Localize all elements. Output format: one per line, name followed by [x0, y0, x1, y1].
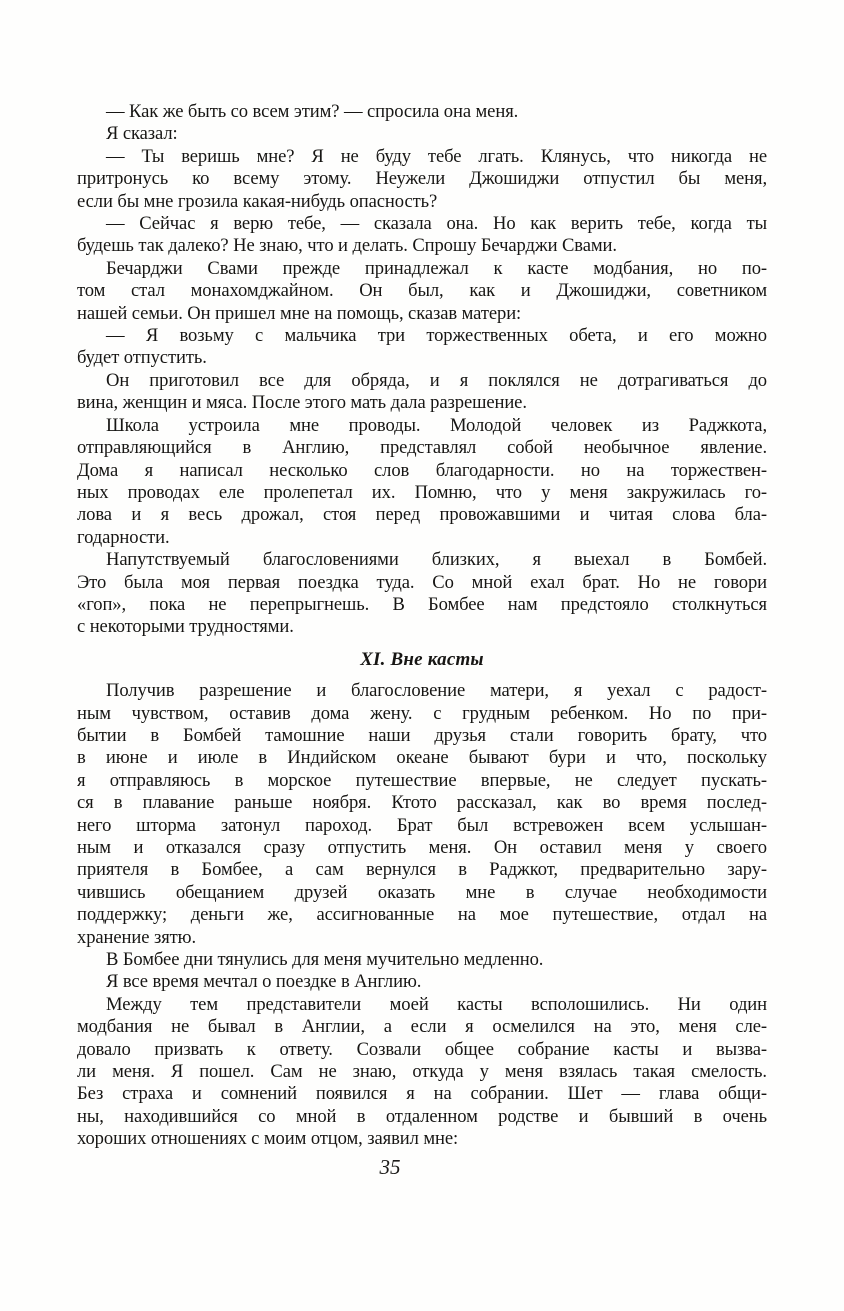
text-line: том стал монахомджайном. Он был, как и Д… [77, 280, 767, 302]
chapter-heading: XI. Вне касты [77, 649, 767, 671]
text-line: Я сказал: [77, 123, 767, 145]
text-line: притронусь ко всему этому. Неужели Джоши… [77, 168, 767, 190]
text-line: будет отпустить. [77, 347, 767, 369]
paragraph: Он приготовил все для обряда, и я поклял… [77, 370, 767, 415]
text-line: приятеля в Бомбее, а сам вернулся в Радж… [77, 859, 767, 881]
paragraph: Получив разрешение и благословение матер… [77, 680, 767, 949]
text-line: довало призвать к ответу. Созвали общее … [77, 1039, 767, 1061]
text-line: «гоп», пока не перепрыгнешь. В Бомбее на… [77, 594, 767, 616]
paragraph: — Как же быть со всем этим? — спросила о… [77, 101, 767, 123]
paragraph: — Сейчас я верю тебе, — сказала она. Но … [77, 213, 767, 258]
text-line: бытии в Бомбей тамошние наши друзья стал… [77, 725, 767, 747]
text-line: Бечарджи Свами прежде принадлежал к каст… [77, 258, 767, 280]
text-line: него шторма затонул пароход. Брат был вс… [77, 815, 767, 837]
text-line: ли меня. Я пошел. Сам не знаю, откуда у … [77, 1061, 767, 1083]
text-line: лова и я весь дрожал, стоя перед провожа… [77, 504, 767, 526]
text-line: поддержку; деньги же, ассигнованные на м… [77, 904, 767, 926]
book-page: — Как же быть со всем этим? — спросила о… [0, 0, 844, 1311]
text-line: отправляющийся в Англию, представлял соб… [77, 437, 767, 459]
text-line: ны, находившийся со мной в отдаленном ро… [77, 1106, 767, 1128]
paragraph: Напутствуемый благословениями близких, я… [77, 549, 767, 639]
text-line: Получив разрешение и благословение матер… [77, 680, 767, 702]
text-line: в июне и июле в Индийском океане бывают … [77, 747, 767, 769]
text-line: вина, женщин и мяса. После этого мать да… [77, 392, 767, 414]
text-line: годарности. [77, 527, 767, 549]
text-line: хороших отношениях с моим отцом, заявил … [77, 1128, 767, 1150]
text-line: Школа устроила мне проводы. Молодой чело… [77, 415, 767, 437]
text-line: нашей семьи. Он пришел мне на помощь, ск… [77, 303, 767, 325]
text-line: Между тем представители моей касты вспол… [77, 994, 767, 1016]
text-line: чившись обещанием друзей оказать мне в с… [77, 882, 767, 904]
text-line: Напутствуемый благословениями близких, я… [77, 549, 767, 571]
text-line: Я все время мечтал о поездке в Англию. [77, 971, 767, 993]
text-line: — Ты веришь мне? Я не буду тебе лгать. К… [77, 146, 767, 168]
text-line: ся в плавание раньше ноября. Ктото расск… [77, 792, 767, 814]
paragraph: Я все время мечтал о поездке в Англию. [77, 971, 767, 993]
text-line: Без страха и сомнений появился я на собр… [77, 1083, 767, 1105]
text-line: с некоторыми трудностями. [77, 616, 767, 638]
text-line: будешь так далеко? Не знаю, что и делать… [77, 235, 767, 257]
paragraph: Я сказал: [77, 123, 767, 145]
text-line: — Я возьму с мальчика три торжественных … [77, 325, 767, 347]
text-line: — Сейчас я верю тебе, — сказала она. Но … [77, 213, 767, 235]
page-number: 35 [0, 1155, 780, 1180]
text-line: модбания не бывал в Англии, а если я осм… [77, 1016, 767, 1038]
text-line: ным и отказался сразу отпустить меня. Он… [77, 837, 767, 859]
paragraph: Между тем представители моей касты вспол… [77, 994, 767, 1151]
text-line: если бы мне грозила какая-нибудь опаснос… [77, 191, 767, 213]
text-line: Дома я написал несколько слов благодарно… [77, 460, 767, 482]
text-line: я отправляюсь в морское путешествие впер… [77, 770, 767, 792]
text-line: В Бомбее дни тянулись для меня мучительн… [77, 949, 767, 971]
paragraph: Бечарджи Свами прежде принадлежал к каст… [77, 258, 767, 325]
paragraph: — Ты веришь мне? Я не буду тебе лгать. К… [77, 146, 767, 213]
text-line: ным чувством, оставив дома жену. с грудн… [77, 703, 767, 725]
paragraph: В Бомбее дни тянулись для меня мучительн… [77, 949, 767, 971]
page-body: — Как же быть со всем этим? — спросила о… [77, 101, 767, 1151]
paragraph: Школа устроила мне проводы. Молодой чело… [77, 415, 767, 549]
paragraph: — Я возьму с мальчика три торжественных … [77, 325, 767, 370]
text-line: Он приготовил все для обряда, и я поклял… [77, 370, 767, 392]
text-line: ных проводах еле пролепетал их. Помню, ч… [77, 482, 767, 504]
text-line: Это была моя первая поездка туда. Со мно… [77, 572, 767, 594]
text-line: — Как же быть со всем этим? — спросила о… [77, 101, 767, 123]
text-line: хранение зятю. [77, 927, 767, 949]
